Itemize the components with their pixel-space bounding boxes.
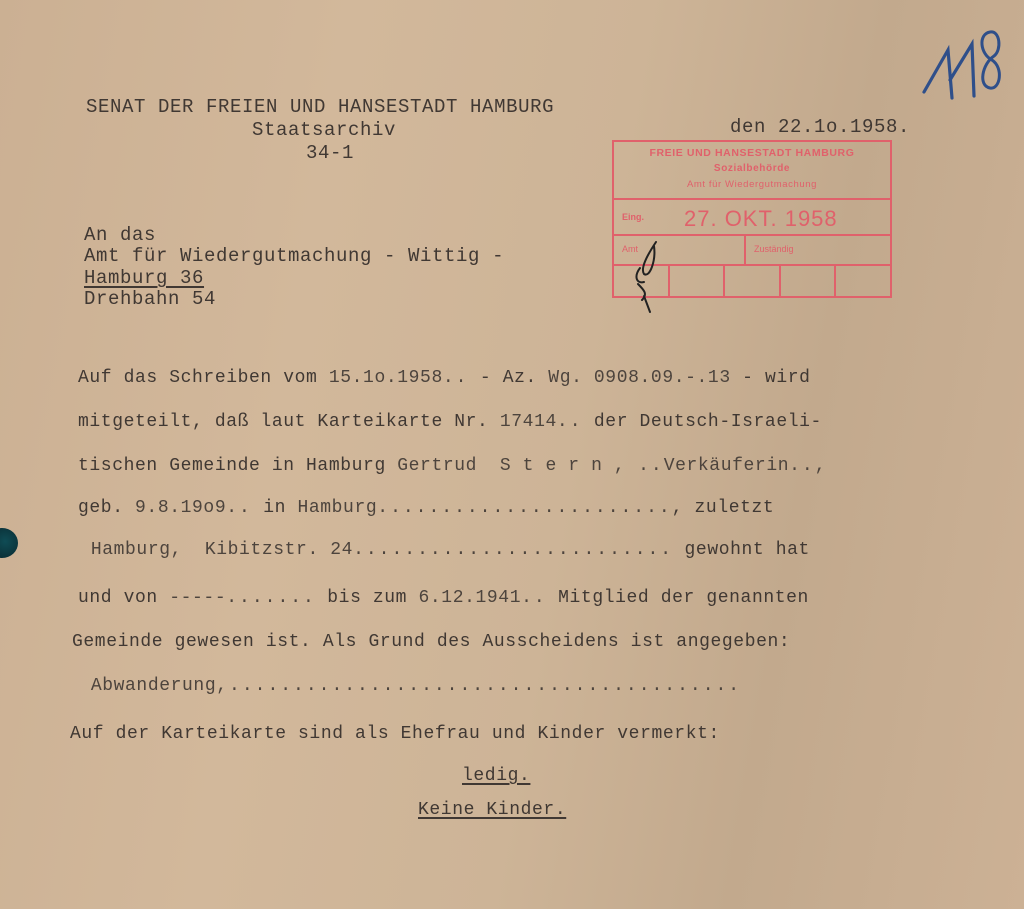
recipient-line-1: An das: [84, 224, 156, 246]
stamp-office: Amt für Wiedergutmachung: [614, 177, 890, 193]
authority-heading: SENAT DER FREIEN UND HANSESTADT HAMBURG: [86, 96, 554, 118]
handwritten-initial-signature: [630, 238, 670, 314]
stamp-zustaendig-field: Zuständig: [754, 244, 794, 254]
occupation: Verkäuferin: [664, 456, 789, 476]
body-line-5: Hamburg, Kibitzstr. 24..................…: [78, 540, 810, 560]
dot-leader: ..,: [789, 456, 827, 476]
body-line-9: Auf der Karteikarte sind als Ehefrau und…: [70, 724, 720, 744]
text: der Deutsch-Israeli-: [583, 412, 822, 432]
body-line-1: Auf das Schreiben vom 15.1o.1958.. - Az.…: [78, 368, 811, 388]
stamp-cell: [670, 266, 726, 298]
handwritten-page-number: 118: [920, 20, 1010, 110]
body-line-6: und von -----....... bis zum 6.12.1941..…: [78, 588, 809, 608]
text: , zuletzt: [672, 498, 775, 518]
membership-from: -----: [169, 588, 226, 608]
body-line-2: mitgeteilt, daß laut Karteikarte Nr. 174…: [78, 412, 822, 432]
stamp-authority: FREIE UND HANSESTADT HAMBURG: [614, 145, 890, 161]
text: in: [252, 498, 298, 518]
text: geb.: [78, 498, 135, 518]
dot-leader: ..: [443, 368, 469, 388]
marital-status: ledig.: [462, 766, 530, 786]
document-page: 118 SENAT DER FREIEN UND HANSESTADT HAMB…: [0, 0, 1024, 909]
person-name: Gertrud S t e r n ,: [397, 456, 625, 476]
body-line-4: geb. 9.8.19o9.. in Hamburg..............…: [78, 498, 774, 518]
aktenzeichen: Wg. 0908.09.-.13: [548, 368, 730, 388]
birth-date: 9.8.19o9: [135, 498, 226, 518]
text: - wird: [731, 368, 811, 388]
dot-leader: ,.......................................…: [216, 676, 741, 696]
children-status: Keine Kinder.: [418, 800, 566, 820]
stamp-divider: [744, 236, 746, 264]
punch-hole: [0, 528, 18, 558]
membership-until: 6.12.1941: [418, 588, 521, 608]
dot-leader: ..: [521, 588, 547, 608]
body-line-8: Abwanderung,............................…: [78, 676, 741, 696]
stamp-received-label: Eing.: [622, 212, 644, 222]
card-number: 17414: [500, 412, 557, 432]
department-name: Staatsarchiv: [252, 119, 396, 141]
letter-date: den 22.1o.1958.: [730, 116, 910, 138]
last-address: Hamburg, Kibitzstr. 24: [91, 540, 353, 560]
recipient-office: Amt für Wiedergutmachung - Wittig -: [84, 245, 504, 267]
dot-leader: .......: [226, 588, 316, 608]
dot-leader: [78, 676, 91, 696]
text: mitgeteilt, daß laut Karteikarte Nr.: [78, 412, 500, 432]
stamp-cell: [781, 266, 837, 298]
reason-for-leaving: Abwanderung: [91, 676, 216, 696]
reference-letter-date: 15.1o.1958: [329, 368, 443, 388]
body-line-7: Gemeinde gewesen ist. Als Grund des Auss…: [72, 632, 790, 652]
text: und von: [78, 588, 169, 608]
dot-leader: [78, 540, 91, 560]
recipient-city: Hamburg 36: [84, 267, 204, 289]
recipient-street: Drehbahn 54: [84, 288, 216, 310]
text: tischen Gemeinde in Hamburg: [78, 456, 397, 476]
body-line-3: tischen Gemeinde in Hamburg Gertrud S t …: [78, 456, 828, 476]
text: - Az.: [468, 368, 548, 388]
birth-place: Hamburg: [297, 498, 377, 518]
dot-leader: .......................: [377, 498, 671, 518]
stamp-received-date: 27. OKT. 1958: [684, 206, 838, 232]
stamp-cell: [725, 266, 781, 298]
text: Mitglied der genannten: [547, 588, 809, 608]
dot-leader: .........................: [353, 540, 673, 560]
text: gewohnt hat: [673, 540, 810, 560]
dot-leader: ..: [625, 456, 663, 476]
stamp-cell: [836, 266, 890, 298]
dot-leader: ..: [226, 498, 252, 518]
dot-leader: ..: [557, 412, 583, 432]
text: Auf das Schreiben vom: [78, 368, 329, 388]
stamp-department: Sozialbehörde: [614, 161, 890, 177]
text: bis zum: [316, 588, 419, 608]
file-reference: 34-1: [306, 142, 354, 164]
